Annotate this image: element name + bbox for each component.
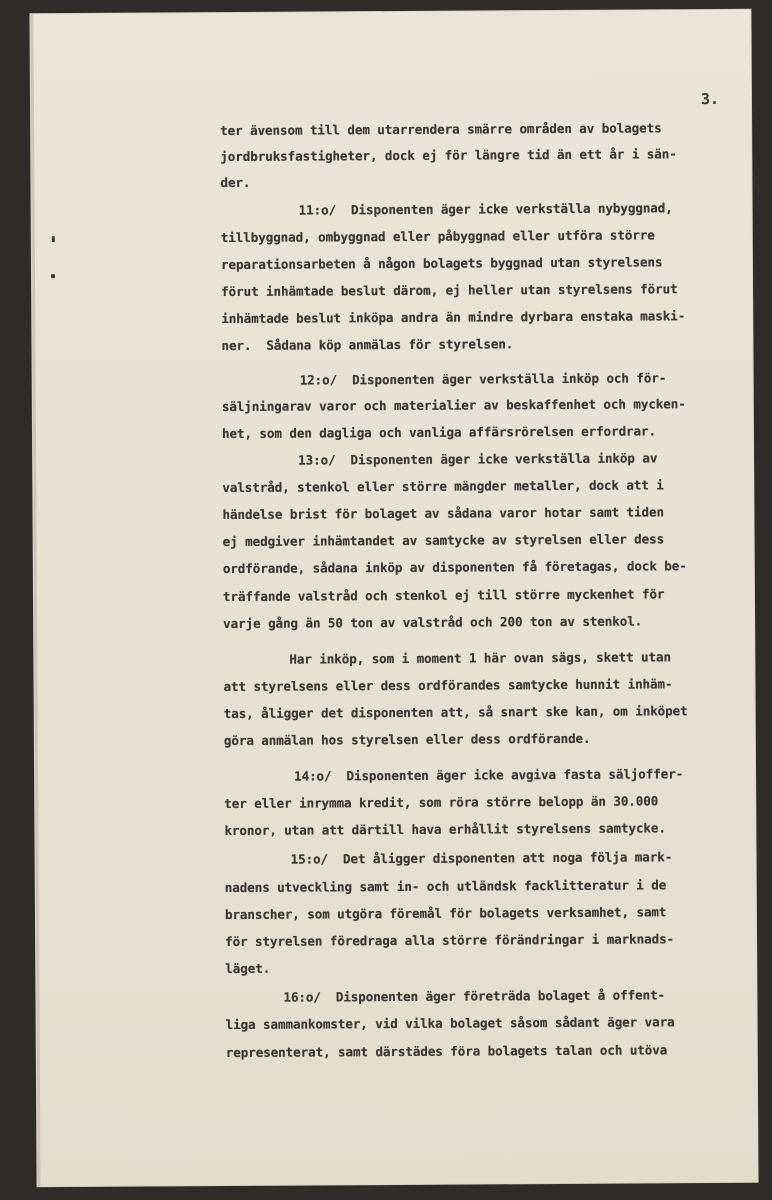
- text-line: branscher, som utgöra föremål för bolage…: [225, 904, 667, 923]
- text-line: förut inhämtade beslut därom, ej heller …: [221, 281, 678, 300]
- text-line: jordbruksfastigheter, dock ej för längre…: [220, 146, 677, 165]
- text-line: ordförande, sådana inköp av disponenten …: [223, 558, 687, 577]
- text-line: reparationsarbeten å någon bolagets bygg…: [221, 254, 663, 273]
- text-line: att styrelsens eller dess ordförandes sa…: [223, 676, 672, 695]
- text-line: 15:o/ Det åligger disponenten att noga f…: [291, 849, 673, 867]
- text-line: säljningarav varor och materialier av be…: [222, 396, 686, 415]
- document-page: 3. ter ävensom till dem utarrendera smär…: [30, 10, 757, 1186]
- text-line: het, som den dagliga och vanliga affärsr…: [222, 423, 656, 442]
- page-number: 3.: [701, 90, 719, 108]
- text-line: valstråd, stenkol eller större mängder m…: [222, 477, 664, 496]
- text-line: nadens utveckling samt in- och utländsk …: [225, 877, 667, 896]
- text-line: ner. Sådana köp anmälas för styrelsen.: [221, 336, 513, 354]
- text-line: ej medgiver inhämtandet av samtycke av s…: [223, 531, 665, 550]
- text-line: 13:o/ Disponenten äger icke verkställa i…: [298, 450, 657, 468]
- text-line: göra anmälan hos styrelsen eller dess or…: [224, 731, 591, 749]
- text-line: kronor, utan att därtill hava erhållit s…: [224, 820, 666, 839]
- text-line: varje gång än 50 ton av valstråd och 200…: [223, 613, 642, 632]
- text-line: inhämtade beslut inköpa andra än mindre …: [221, 308, 685, 327]
- text-line: tas, åligger det disponenten att, så sna…: [224, 703, 688, 722]
- text-line: liga sammankomster, vid vilka bolaget så…: [226, 1014, 675, 1033]
- margin-mark: [51, 274, 55, 278]
- text-line: der.: [220, 175, 250, 191]
- text-line: ter eller inrymma kredit, som röra störr…: [224, 793, 658, 812]
- document-body: ter ävensom till dem utarrendera smärre …: [30, 10, 750, 14]
- text-line: representerat, samt därstädes föra bolag…: [226, 1042, 668, 1061]
- text-line: 14:o/ Disponenten äger icke avgiva fasta…: [294, 766, 683, 784]
- text-line: händelse brist för bolaget av sådana var…: [222, 504, 664, 523]
- text-line: Har inköp, som i moment 1 här ovan sägs,…: [289, 649, 671, 667]
- text-line: träffande valstråd och stenkol ej till s…: [223, 586, 665, 605]
- text-line: 12:o/ Disponenten äger verkställa inköp …: [300, 370, 667, 388]
- text-line: läget.: [225, 961, 270, 977]
- text-line: för styrelsen föredraga alla större förä…: [225, 931, 674, 950]
- text-line: tillbyggnad, ombyggnad eller påbyggnad e…: [221, 227, 655, 246]
- margin-mark: [52, 236, 55, 242]
- text-line: ter ävensom till dem utarrendera smärre …: [220, 120, 662, 139]
- text-line: 16:o/ Disponenten äger företräda bolaget…: [283, 987, 665, 1005]
- text-line: 11:o/ Disponenten äger icke verkställa n…: [299, 200, 673, 218]
